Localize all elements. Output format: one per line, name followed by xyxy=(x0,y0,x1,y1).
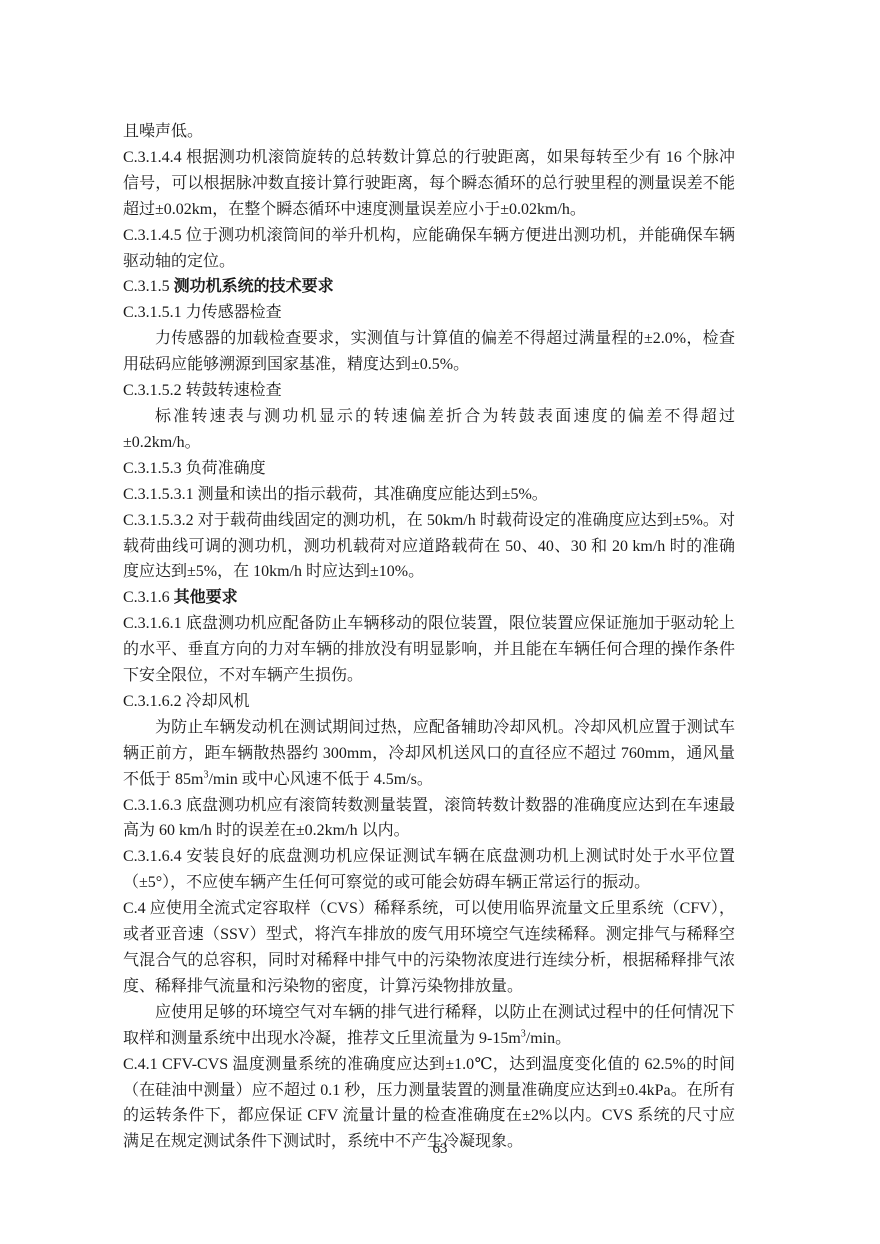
paragraph: C.3.1.5.1 力传感器检查 xyxy=(123,300,735,326)
paragraph: C.3.1.4.4 根据测功机滚筒旋转的总转数计算总的行驶距离，如果每转至少有 … xyxy=(123,145,735,223)
section-heading: C.3.1.6 其他要求 xyxy=(123,585,735,611)
paragraph: C.3.1.5.3.1 测量和读出的指示载荷，其准确度应能达到±5%。 xyxy=(123,482,735,508)
text-run: 力传感器的加载检查要求，实测值与计算值的偏差不得超过满量程的±2.0%，检查用砝… xyxy=(123,330,735,373)
text-run: C.3.1.5.3 负荷准确度 xyxy=(123,460,266,477)
heading-text: 其他要求 xyxy=(174,589,238,606)
text-run: /min。 xyxy=(526,1030,571,1047)
paragraph: C.3.1.6.1 底盘测功机应配备防止车辆移动的限位装置，限位装置应保证施加于… xyxy=(123,611,735,689)
text-run: C.3.1.5.2 转鼓转速检查 xyxy=(123,382,282,399)
text-run: C.4 应使用全流式定容取样（CVS）稀释系统，可以使用临界流量文丘里系统（CF… xyxy=(123,900,735,995)
text-run: C.3.1.5.1 力传感器检查 xyxy=(123,304,282,321)
paragraph: 应使用足够的环境空气对车辆的排气进行稀释，以防止在测试过程中的任何情况下取样和测… xyxy=(123,1000,735,1052)
paragraph: 标准转速表与测功机显示的转速偏差折合为转鼓表面速度的偏差不得超过±0.2km/h… xyxy=(123,404,735,456)
paragraph: 且噪声低。 xyxy=(123,119,735,145)
text-run: 应使用足够的环境空气对车辆的排气进行稀释，以防止在测试过程中的任何情况下取样和测… xyxy=(123,1004,735,1047)
heading-text: 测功机系统的技术要求 xyxy=(174,278,334,295)
text-body: 且噪声低。C.3.1.4.4 根据测功机滚筒旋转的总转数计算总的行驶距离，如果每… xyxy=(123,119,735,1155)
paragraph: C.3.1.6.4 安装良好的底盘测功机应保证测试车辆在底盘测功机上测试时处于水… xyxy=(123,844,735,896)
text-run: /min 或中心风速不低于 4.5m/s。 xyxy=(208,771,432,788)
text-run: C.3.1.5 xyxy=(123,278,174,295)
page-footer: 63 xyxy=(0,1140,880,1158)
text-run: C.4.1 CFV-CVS 温度测量系统的准确度应达到±1.0℃，达到温度变化值… xyxy=(123,1056,735,1151)
paragraph: C.3.1.5.2 转鼓转速检查 xyxy=(123,378,735,404)
text-run: C.3.1.6.4 安装良好的底盘测功机应保证测试车辆在底盘测功机上测试时处于水… xyxy=(123,848,735,891)
text-run: C.3.1.6 xyxy=(123,589,174,606)
text-run: C.3.1.6.3 底盘测功机应有滚筒转数测量装置，滚筒转数计数器的准确度应达到… xyxy=(123,797,735,840)
paragraph: C.3.1.5.3 负荷准确度 xyxy=(123,456,735,482)
text-run: C.3.1.4.4 根据测功机滚筒旋转的总转数计算总的行驶距离，如果每转至少有 … xyxy=(123,149,735,218)
section-heading: C.3.1.5 测功机系统的技术要求 xyxy=(123,274,735,300)
document-page: 且噪声低。C.3.1.4.4 根据测功机滚筒旋转的总转数计算总的行驶距离，如果每… xyxy=(0,0,880,1244)
paragraph: C.4 应使用全流式定容取样（CVS）稀释系统，可以使用临界流量文丘里系统（CF… xyxy=(123,896,735,1000)
text-run: C.3.1.5.3.1 测量和读出的指示载荷，其准确度应能达到±5%。 xyxy=(123,486,548,503)
text-run: C.3.1.4.5 位于测功机滚筒间的举升机构，应能确保车辆方便进出测功机，并能… xyxy=(123,227,735,270)
text-run: C.3.1.5.3.2 对于载荷曲线固定的测功机，在 50km/h 时载荷设定的… xyxy=(123,512,735,581)
paragraph: 力传感器的加载检查要求，实测值与计算值的偏差不得超过满量程的±2.0%，检查用砝… xyxy=(123,326,735,378)
paragraph: C.3.1.6.3 底盘测功机应有滚筒转数测量装置，滚筒转数计数器的准确度应达到… xyxy=(123,793,735,845)
paragraph: C.3.1.6.2 冷却风机 xyxy=(123,689,735,715)
text-run: 标准转速表与测功机显示的转速偏差折合为转鼓表面速度的偏差不得超过±0.2km/h… xyxy=(123,408,735,451)
paragraph: 为防止车辆发动机在测试期间过热，应配备辅助冷却风机。冷却风机应置于测试车辆正前方… xyxy=(123,715,735,793)
page-number: 63 xyxy=(433,1141,448,1157)
text-run: C.3.1.6.1 底盘测功机应配备防止车辆移动的限位装置，限位装置应保证施加于… xyxy=(123,615,735,684)
paragraph: C.3.1.5.3.2 对于载荷曲线固定的测功机，在 50km/h 时载荷设定的… xyxy=(123,508,735,586)
paragraph: C.3.1.4.5 位于测功机滚筒间的举升机构，应能确保车辆方便进出测功机，并能… xyxy=(123,223,735,275)
text-run: C.3.1.6.2 冷却风机 xyxy=(123,693,250,710)
text-run: 且噪声低。 xyxy=(123,123,203,140)
